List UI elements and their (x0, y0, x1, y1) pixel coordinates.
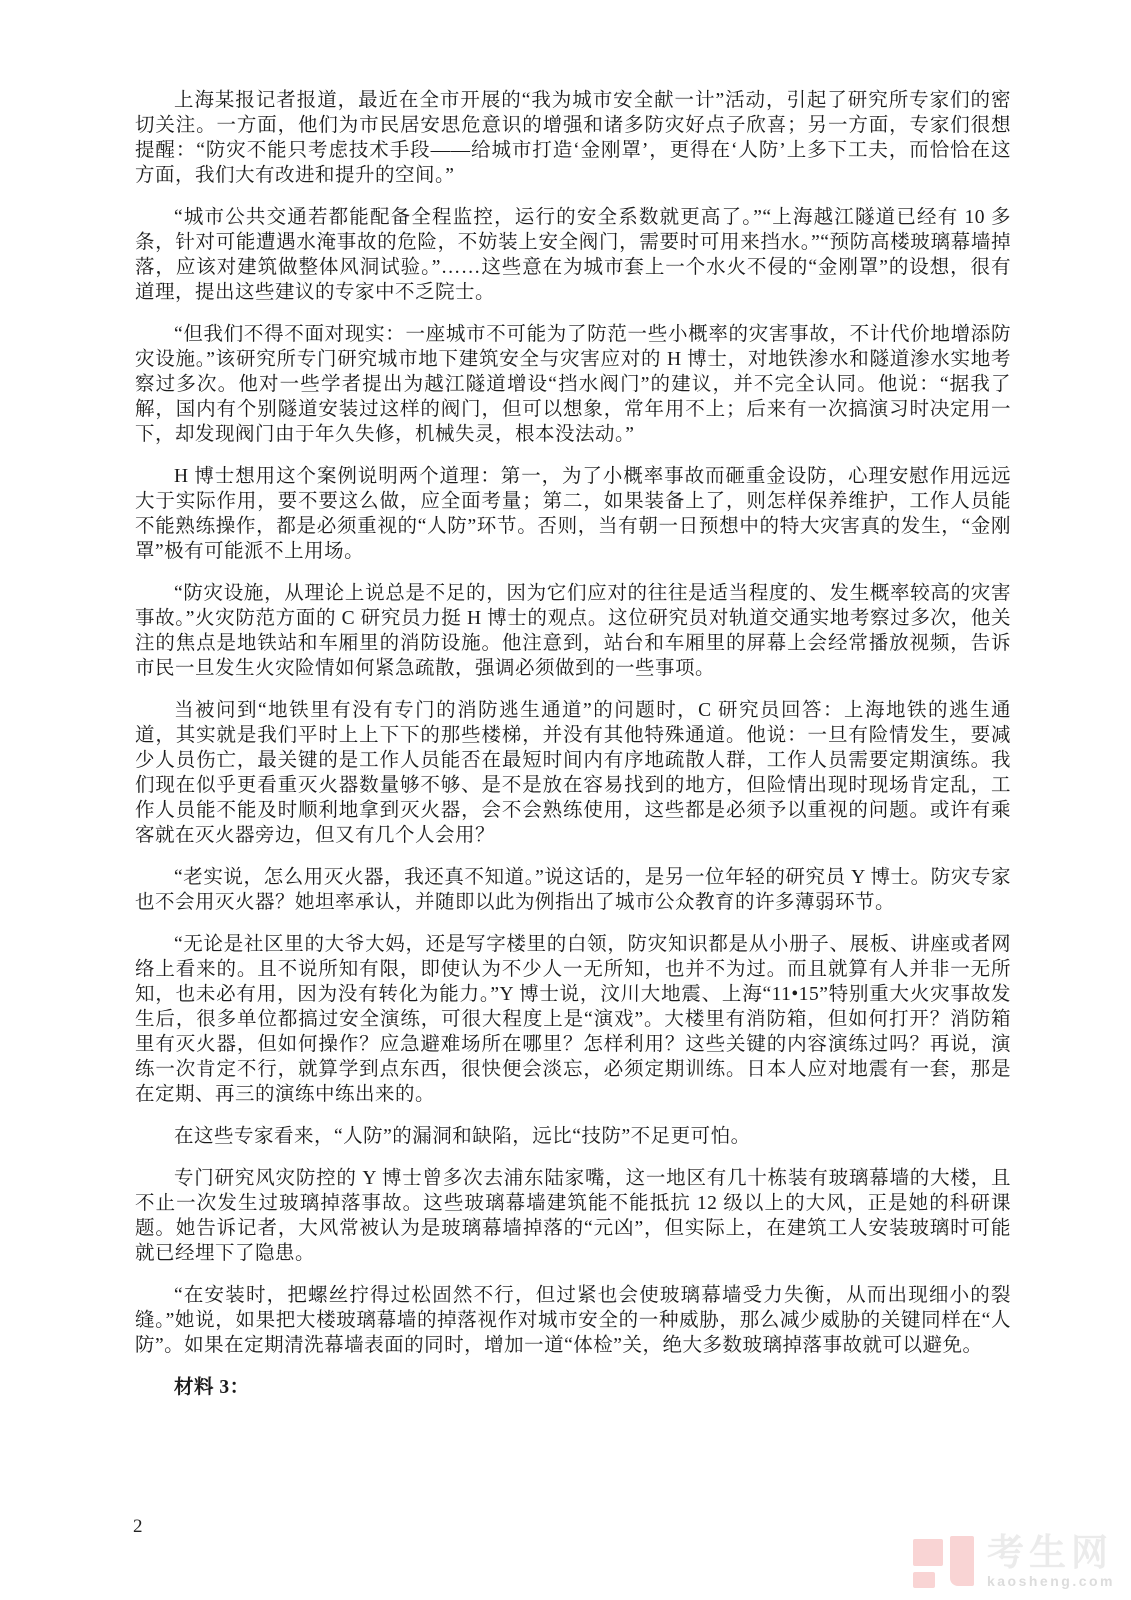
document-body: 上海某报记者报道，最近在全市开展的“我为城市安全献一计”活动，引起了研究所专家们… (135, 88, 1011, 1417)
paragraph: H 博士想用这个案例说明两个道理：第一，为了小概率事故而砸重金设防，心理安慰作用… (135, 464, 1011, 564)
paragraph: “老实说，怎么用灭火器，我还真不知道。”说这话的，是另一位年轻的研究员 Y 博士… (135, 865, 1011, 915)
paragraph: “无论是社区里的大爷大妈，还是写字楼里的白领，防灾知识都是从小册子、展板、讲座或… (135, 932, 1011, 1107)
watermark-site-url: kaosheng.com (987, 1574, 1115, 1588)
logo-block (950, 1536, 974, 1586)
paragraph: “防灾设施，从理论上说总是不足的，因为它们应对的往往是适当程度的、发生概率较高的… (135, 581, 1011, 681)
page-number: 2 (133, 1516, 143, 1538)
document-page: 上海某报记者报道，最近在全市开展的“我为城市安全献一计”活动，引起了研究所专家们… (0, 0, 1131, 1600)
paragraph: 在这些专家看来，“人防”的漏洞和缺陷，远比“技防”不足更可怕。 (135, 1124, 1011, 1149)
paragraph: 专门研究风灾防控的 Y 博士曾多次去浦东陆家嘴，这一地区有几十栋装有玻璃幕墙的大… (135, 1166, 1011, 1266)
paragraph: “但我们不得不面对现实：一座城市不可能为了防范一些小概率的灾害事故，不计代价地增… (135, 322, 1011, 447)
paragraph: “在安装时，把螺丝拧得过松固然不行，但过紧也会使玻璃幕墙受力失衡，从而出现细小的… (135, 1283, 1011, 1358)
kaosheng-logo-icon (913, 1536, 977, 1588)
section-heading-material-3: 材料 3： (135, 1375, 1011, 1400)
logo-block (913, 1572, 935, 1588)
watermark-text: 考生网 kaosheng.com (987, 1534, 1115, 1588)
watermark: 考生网 kaosheng.com (913, 1534, 1115, 1588)
paragraph: “城市公共交通若都能配备全程监控，运行的安全系数就更高了。”“上海越江隧道已经有… (135, 205, 1011, 305)
logo-block (913, 1539, 943, 1566)
paragraph: 当被问到“地铁里有没有专门的消防逃生通道”的问题时，C 研究员回答：上海地铁的逃… (135, 698, 1011, 848)
paragraph: 上海某报记者报道，最近在全市开展的“我为城市安全献一计”活动，引起了研究所专家们… (135, 88, 1011, 188)
watermark-site-name: 考生网 (987, 1534, 1113, 1571)
